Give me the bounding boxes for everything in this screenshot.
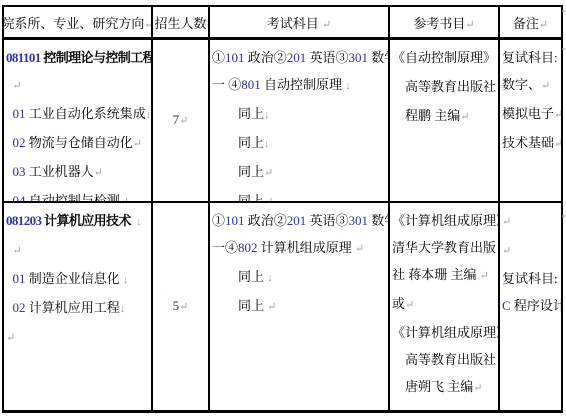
table-text-line: 复试科目:	[502, 265, 560, 292]
table-text-line: 模拟电子↵	[502, 100, 560, 129]
table-text-line: 清华大学教育出版	[392, 234, 497, 261]
table-text-line: 《自动控制原理》↵	[392, 44, 497, 73]
table-text-line: 数字、↵	[502, 71, 560, 100]
table-text-line: 高等教育出版社	[392, 346, 497, 373]
table-text-line: 同上↓	[212, 100, 387, 129]
table-text-line: 或↵	[392, 290, 497, 319]
header-label-notes: 备注↵	[513, 13, 548, 32]
table-text-line: 同上 ↓	[212, 263, 387, 292]
notes-cell: ↵↵复试科目:C 程序设计	[500, 203, 561, 410]
table-text-line: C 程序设计	[502, 292, 560, 319]
enrollment-value: 7↵	[173, 106, 189, 135]
header-label-enrollment: 招生人数	[154, 13, 206, 32]
program-cell: 081101 控制理论与控制工程 ↵ 01 工业自动化系统集成↓ 02 物流与仓…	[4, 40, 153, 203]
table-text-line: 高等教育出版社↵	[392, 73, 497, 102]
table-text-line: ①101 政治②201 英语③301 数学	[212, 44, 387, 71]
header-label-exam-subjects: 考试科目 ↵	[267, 13, 331, 32]
table-text-line: 《计算机组成原理》	[392, 319, 497, 346]
table-text-line: 081101 控制理论与控制工程	[6, 44, 150, 71]
table-text-line: ↵	[6, 323, 150, 352]
table-text-line: 02 物流与仓储自动化↵	[6, 129, 150, 158]
admissions-table: 院系所、专业、研究方向↵ 招生人数 考试科目 ↵ 参考书目↵ 备注↵ 08110…	[2, 5, 563, 413]
table-text-line: 04 自动控制与检测↵	[6, 187, 150, 203]
enrollment-cell: 7↵	[153, 40, 210, 203]
header-cell-program: 院系所、专业、研究方向↵	[4, 7, 153, 40]
paragraph-mark: ↵	[560, 44, 566, 55]
table-text-line: 一 ④801 自动控制原理 ↓	[212, 71, 387, 100]
header-cell-notes: 备注↵	[500, 7, 561, 40]
table-text-line: ↵	[6, 236, 150, 265]
paragraph-mark: ↵	[560, 6, 566, 17]
table-text-line: 同上↵	[212, 158, 387, 187]
table-text-line: ↵	[6, 71, 150, 100]
enrollment-cell: 5↵	[153, 203, 210, 410]
header-cell-enrollment: 招生人数	[153, 7, 210, 40]
table-text-line: 01 制造企业信息化 ↓	[6, 265, 150, 294]
header-cell-exam-subjects: 考试科目 ↵	[210, 7, 390, 40]
exam-subjects-cell: ①101 政治②201 英语③301 数学一④802 计算机组成原理 ↵ 同上 …	[210, 203, 390, 410]
table-text-line: 唐朔飞 主编↵	[392, 373, 497, 402]
table-text-line: ①101 政治②201 英语③301 数学	[212, 207, 387, 234]
enrollment-value: 5↵	[173, 292, 189, 321]
table-text-line: 02 计算机应用工程↓	[6, 294, 150, 323]
header-label-program: 院系所、专业、研究方向↵	[4, 13, 153, 32]
table-text-line: 《计算机组成原理》	[392, 207, 497, 234]
table-text-line: 同上 ↵	[212, 292, 387, 321]
table-text-line: 复试科目:	[502, 44, 560, 71]
table-text-line: 同上↓	[212, 129, 387, 158]
table-text-line: 程鹏 主编↵	[392, 102, 497, 131]
header-label-references: 参考书目↵	[413, 13, 474, 32]
exam-subjects-cell: ①101 政治②201 英语③301 数学一 ④801 自动控制原理 ↓ 同上↓…	[210, 40, 390, 203]
paragraph-mark: ↵	[560, 211, 566, 222]
table-text-line: 社 蒋本珊 主编 ↵	[392, 261, 497, 290]
table-text-line: ↵	[502, 236, 560, 265]
table-text-line: ↵	[502, 207, 560, 236]
references-cell: 《自动控制原理》↵ 高等教育出版社↵ 程鹏 主编↵	[390, 40, 500, 203]
table-text-line: 03 工业机器人↵	[6, 158, 150, 187]
table-text-line: 同上↵	[212, 187, 387, 203]
references-cell: 《计算机组成原理》清华大学教育出版社 蒋本珊 主编 ↵或↵《计算机组成原理》 高…	[390, 203, 500, 410]
table-text-line: 技术基础↵	[502, 129, 560, 158]
notes-cell: 复试科目:数字、↵模拟电子↵技术基础↵	[500, 40, 561, 203]
table-text-line: 01 工业自动化系统集成↓	[6, 100, 150, 129]
table-text-line: 081203 计算机应用技术 ↓	[6, 207, 150, 236]
table-text-line: 一④802 计算机组成原理 ↵	[212, 234, 387, 263]
header-cell-references: 参考书目↵	[390, 7, 500, 40]
program-cell: 081203 计算机应用技术 ↓ ↵ 01 制造企业信息化 ↓ 02 计算机应用…	[4, 203, 153, 410]
